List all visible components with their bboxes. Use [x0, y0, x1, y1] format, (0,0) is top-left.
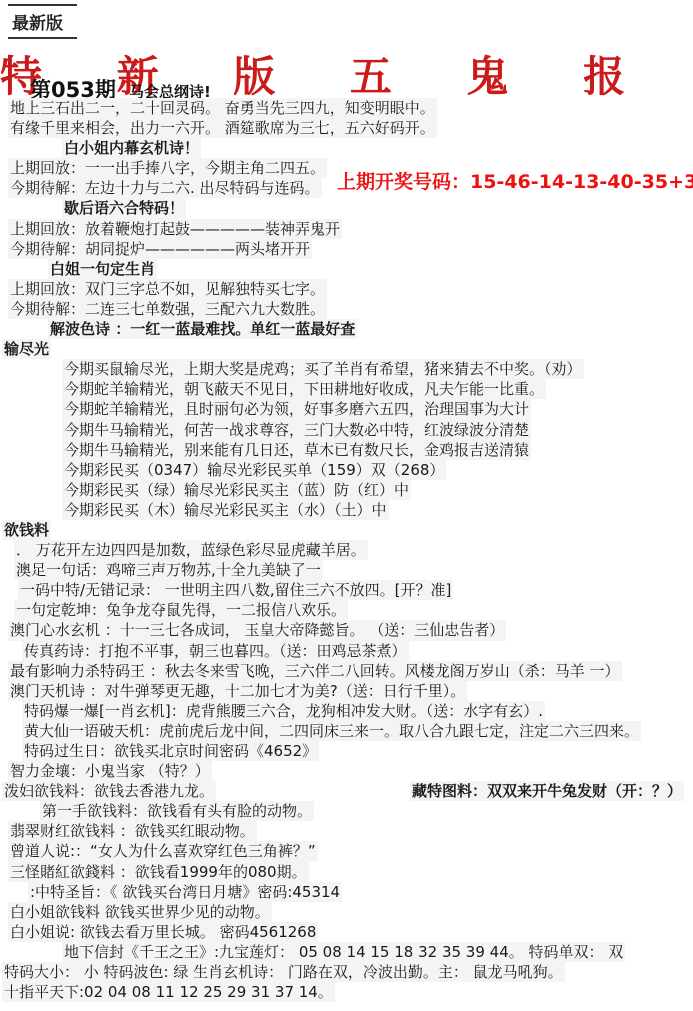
line-text: 上期回放：双门三字总不如，见解独特买七字。: [8, 279, 327, 299]
text-line: 传真药诗：打抱不平事，朝三也暮四。（送：田鸡忌茶煮）: [0, 641, 693, 661]
line-text: 传真药诗：打抱不平事，朝三也暮四。（送：田鸡忌茶煮）: [22, 641, 409, 661]
line-text: 今期蛇羊输精光，朝飞蔽天不见日，下田耕地好收成，凡夫乍能一比重。: [62, 379, 546, 399]
text-line: 欲钱料: [0, 520, 693, 540]
text-line: 澳门心水玄机 ：十一三七各成词， 玉皇大帝降懿旨。 （送：三仙忠告者）: [0, 620, 693, 640]
text-line: 今期彩民买（0347）输尽光彩民买单（159）双（268）: [0, 460, 693, 480]
line-text: 特码过生日：欲钱买北京时间密码《4652》: [22, 741, 319, 761]
text-line: 今期彩民买（绿）输尽光彩民买主（蓝）防（红）中: [0, 480, 693, 500]
line-text: 今期彩民买（0347）输尽光彩民买单（159）双（268）: [62, 460, 446, 480]
line-text: 一码中特/无错记录： 一世明主四八数,留住三六不放四。[开？准]: [18, 580, 453, 600]
text-line: 特码大小： 小 特码波色: 绿 生肖玄机诗： 门路在双，冷波出勤。主： 鼠龙马吼…: [0, 962, 693, 982]
text-line: :中特圣旨：《 欲钱买台湾日月塘》密码:45314: [0, 882, 693, 902]
text-line: 上期回放：双门三字总不如，见解独特买七字。: [0, 279, 693, 299]
text-line: 澳足一句话：鸡啼三声万物苏,十全九美缺了一: [0, 560, 693, 580]
text-line: 智力金壤：小鬼当家 （特？）: [0, 761, 693, 781]
text-line: 最有影响力杀特码王 ：秋去冬来雪飞晚，三六伴二八回转。风楼龙阁万岁山（杀：马羊 …: [0, 661, 693, 681]
line-text: 澳足一句话：鸡啼三声万物苏,十全九美缺了一: [14, 560, 323, 580]
text-line: 今期待解：二连三七单数强，三配六九大数胜。: [0, 299, 693, 319]
line-text: 澳门天机诗 ：对牛弹琴更无趣，十二加七才为美?（送：日行千里）。: [8, 681, 467, 701]
text-line: 白小姐欲钱料 欲钱买世界少见的动物。: [0, 902, 693, 922]
text-line: 第一手欲钱料：欲钱看有头有脸的动物。: [0, 801, 693, 821]
line-text: 一句定乾坤：兔争龙夺鼠先得，一二报信八欢乐。: [14, 600, 348, 620]
line-text: 今期买鼠输尽光，上期大奖是虎鸡；买了羊肖有希望，猪来猜去不中奖。（劝）: [62, 359, 584, 379]
line-text: 今期牛马输精光，别来能有几日还，草木已有数尺长，金鸡报吉送清猿: [62, 440, 531, 460]
line-text: 白姐一句定生肖: [48, 259, 157, 279]
line-text: 今期彩民买（绿）输尽光彩民买主（蓝）防（红）中: [62, 480, 411, 500]
text-line: 今期蛇羊输精光，且时丽句必为领，好事多磨六五四，治理国事为大计: [0, 399, 693, 419]
line-text: 白小姐说: 欲钱去看万里长城。 密码4561268: [8, 922, 318, 942]
line-text: 澳门心水玄机 ：十一三七各成词， 玉皇大帝降懿旨。 （送：三仙忠告者）: [8, 620, 506, 640]
line-text: 今期待解：二连三七单数强，三配六九大数胜。: [8, 299, 327, 319]
text-line: 曾道人说:：“女人为什么喜欢穿红色三角裤？”: [0, 841, 693, 861]
text-line: 白小姐说: 欲钱去看万里长城。 密码4561268: [0, 922, 693, 942]
text-line: 解波色诗 ：一红一蓝最难找。单红一蓝最好查: [0, 319, 693, 339]
line-text: 地上三石出二一，二十回灵码。 奋勇当先三四九，知变明眼中。: [8, 98, 437, 118]
line-right-text: 藏特图料：双双来开牛兔发财（开：？）: [410, 781, 684, 801]
line-text: 上期回放：一一出手捧八字，今期主角二四五。: [8, 158, 327, 178]
line-text: 今期待解：左边十力与二六. 出尽特码与连码。: [8, 178, 322, 198]
line-text: 白小姐内幕玄机诗！: [62, 138, 201, 158]
text-line: 今期蛇羊输精光，朝飞蔽天不见日，下田耕地好收成，凡夫乍能一比重。: [0, 379, 693, 399]
text-line: 白姐一句定生肖: [0, 259, 693, 279]
text-line: 地下信封《千王之王》:九宝莲灯： 05 08 14 15 18 32 35 39…: [0, 942, 693, 962]
line-text: 今期蛇羊输精光，且时丽句必为领，好事多磨六五四，治理国事为大计: [62, 399, 531, 419]
line-text: 特码爆一爆[一肖玄机]：虎背熊腰三六合，龙狗相冲发大财。（送：水字有玄）.: [22, 701, 545, 721]
text-line: 十指平天下:02 04 08 11 12 25 29 31 37 14。: [0, 982, 693, 1002]
content-lines: 地上三石出二一，二十回灵码。 奋勇当先三四九，知变明眼中。 有缘千里来相会，出力…: [0, 98, 693, 1002]
line-text: 最有影响力杀特码王 ：秋去冬来雪飞晚，三六伴二八回转。风楼龙阁万岁山（杀：马羊 …: [8, 661, 622, 681]
text-line: 黄大仙一语破天机：虎前虎后龙中间，二四同床三来一。取八合九跟七定，注定二六三四来…: [0, 721, 693, 741]
line-text: 今期牛马输精光，何苦一战求尊容，三门大数必中特，红波绿波分清楚: [62, 420, 531, 440]
text-line: 特码爆一爆[一肖玄机]：虎背熊腰三六合，龙狗相冲发大财。（送：水字有玄）.: [0, 701, 693, 721]
page: 最新版 特 新 版 五 鬼 报 第053期 马会总纲诗! 地上三石出二一，二十回…: [0, 0, 693, 1011]
line-text: 翡翠财红欲钱料 ：欲钱买红眼动物。: [8, 821, 257, 841]
line-text: 白小姐欲钱料 欲钱买世界少见的动物。: [8, 902, 272, 922]
line-text: 曾道人说:：“女人为什么喜欢穿红色三角裤？”: [8, 841, 318, 861]
line-text: 黄大仙一语破天机：虎前虎后龙中间，二四同床三来一。取八合九跟七定，注定二六三四来…: [22, 721, 641, 741]
line-text: 解波色诗 ：一红一蓝最难找。单红一蓝最好查: [48, 319, 357, 339]
line-text: 第一手欲钱料：欲钱看有头有脸的动物。: [40, 801, 314, 821]
line-text: 今期待解：胡同捉炉——————两头堵开开: [8, 239, 312, 259]
text-line: 澳门天机诗 ：对牛弹琴更无趣，十二加七才为美?（送：日行千里）。: [0, 681, 693, 701]
text-line: 歇后语六合特码！: [0, 198, 693, 218]
text-line: 翡翠财红欲钱料 ：欲钱买红眼动物。: [0, 821, 693, 841]
line-text: 上期回放：放着鞭炮打起鼓—————装神弄鬼开: [8, 219, 342, 239]
line-text: 今期彩民买（木）输尽光彩民买主（水）（土）中: [62, 500, 389, 520]
line-text: 歇后语六合特码！: [62, 198, 186, 218]
line-text: 智力金壤：小鬼当家 （特？）: [8, 761, 212, 781]
text-line: 特码过生日：欲钱买北京时间密码《4652》: [0, 741, 693, 761]
text-line: 今期彩民买（木）输尽光彩民买主（水）（土）中: [0, 500, 693, 520]
latest-edition-badge: 最新版: [8, 4, 77, 39]
line-text: 三怪賭紅欲錢料 ：欲钱看1999年的080期。: [8, 862, 309, 882]
text-line: 地上三石出二一，二十回灵码。 奋勇当先三四九，知变明眼中。: [0, 98, 693, 118]
line-text: 输尽光: [2, 339, 51, 359]
text-line: 上期回放：放着鞭炮打起鼓—————装神弄鬼开: [0, 219, 693, 239]
text-line: ． 万花开左边四四是加数，蓝绿色彩尽显虎藏羊居。: [0, 540, 693, 560]
text-line: 三怪賭紅欲錢料 ：欲钱看1999年的080期。: [0, 862, 693, 882]
text-line: 一句定乾坤：兔争龙夺鼠先得，一二报信八欢乐。: [0, 600, 693, 620]
last-draw-numbers: 上期开奖号码：15-46-14-13-40-35+38: [337, 167, 693, 194]
text-line: 泼妇欲钱料：欲钱去香港九龙。 藏特图料：双双来开牛兔发财（开：？）: [0, 781, 693, 801]
text-line: 有缘千里来相会，出力一六开。 酒筵歌席为三七，五六好码开。: [0, 118, 693, 138]
text-line: 今期牛马输精光，别来能有几日还，草木已有数尺长，金鸡报吉送清猿: [0, 440, 693, 460]
line-text: 泼妇欲钱料：欲钱去香港九龙。: [2, 781, 216, 801]
line-text: :中特圣旨：《 欲钱买台湾日月塘》密码:45314: [28, 882, 342, 902]
line-text: ． 万花开左边四四是加数，蓝绿色彩尽显虎藏羊居。: [14, 540, 368, 560]
text-line: 输尽光: [0, 339, 693, 359]
text-line: 今期买鼠输尽光，上期大奖是虎鸡；买了羊肖有希望，猪来猜去不中奖。（劝）: [0, 359, 693, 379]
line-text: 欲钱料: [2, 520, 51, 540]
text-line: 今期待解：胡同捉炉——————两头堵开开: [0, 239, 693, 259]
line-text: 十指平天下:02 04 08 11 12 25 29 31 37 14。: [2, 982, 335, 1002]
text-line: 今期牛马输精光，何苦一战求尊容，三门大数必中特，红波绿波分清楚: [0, 420, 693, 440]
text-line: 一码中特/无错记录： 一世明主四八数,留住三六不放四。[开？准]: [0, 580, 693, 600]
line-text: 特码大小： 小 特码波色: 绿 生肖玄机诗： 门路在双，冷波出勤。主： 鼠龙马吼…: [2, 962, 565, 982]
text-line: 白小姐内幕玄机诗！: [0, 138, 693, 158]
line-text: 有缘千里来相会，出力一六开。 酒筵歌席为三七，五六好码开。: [8, 118, 437, 138]
line-text: 地下信封《千王之王》:九宝莲灯： 05 08 14 15 18 32 35 39…: [62, 942, 625, 962]
